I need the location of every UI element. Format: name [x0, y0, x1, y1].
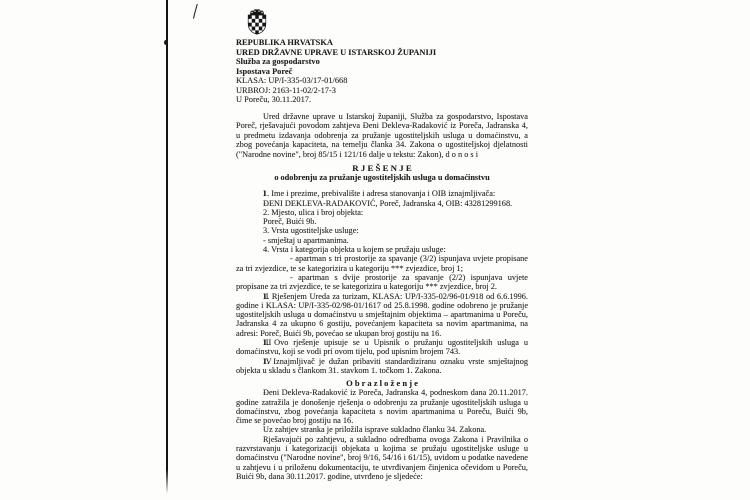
section-numeral: III [236, 338, 271, 347]
decision-sections: I1. Ime i prezime, prebivalište i adresa… [236, 189, 528, 375]
letterhead-line: Služba za gospodarstvo [236, 57, 528, 67]
letterhead-line: URED DRŽAVNE UPRAVE U ISTARSKOJ ŽUPANIJI [236, 48, 528, 58]
decision-paragraph: I1. Ime i prezime, prebivalište i adresa… [236, 189, 528, 198]
paragraph-text: 3. Vrsta ugostiteljske usluge: [263, 226, 359, 235]
scan-edge-line [166, 0, 168, 494]
decision-paragraph: - smještaj u apartmanima. [236, 236, 528, 245]
decision-paragraph: Poreč, Buići 9b. [236, 217, 528, 226]
paragraph-text: 4. Vrsta i kategorija objekta u kojem se… [263, 245, 446, 254]
explanation-paragraph: Đeni Dekleva-Radaković iz Poreča, Jadran… [236, 388, 528, 425]
letterhead-line: REPUBLIKA HRVATSKA [236, 38, 528, 48]
croatia-coat-of-arms-icon [247, 8, 267, 35]
explanation-paragraph: Uz zahtjev stranka je priložila isprave … [236, 425, 528, 434]
decision-paragraph: IV1. Iznajmljivač je dužan pribaviti sta… [236, 357, 528, 376]
explanation-paragraph: Rješavajući po zahtjevu, a sukladno odre… [236, 435, 528, 481]
paragraph-text: - smještaj u apartmanima. [263, 236, 349, 245]
letterhead-line: U Poreču, 30.11.2017. [236, 95, 528, 105]
decision-paragraph: - apartman s tri prostorije za spavanje … [236, 254, 528, 273]
section-numeral: I [236, 189, 266, 198]
paragraph-text: 1. Ovo rješenje upisuje se u Upisnik o p… [236, 338, 528, 356]
decision-paragraph: ĐENI DEKLEVA-RADAKOVIĆ, Poreč, Jadranska… [236, 199, 528, 208]
decision-paragraph: 4. Vrsta i kategorija objekta u kojem se… [236, 245, 528, 254]
scan-artifact-dot [164, 40, 168, 45]
letterhead-line: Ispostava Poreč [236, 67, 528, 77]
paragraph-text: - apartman s tri prostorije za spavanje … [236, 254, 528, 272]
paragraph-text: 2. Mjesto, ulica i broj objekta: [263, 208, 363, 217]
letterhead-line: KLASA: UP/I-335-03/17-01/668 [236, 76, 528, 86]
letterhead-line: URBROJ: 2163-11-02/2-17-3 [236, 86, 528, 96]
letterhead: REPUBLIKA HRVATSKA URED DRŽAVNE UPRAVE U… [236, 38, 528, 105]
handwritten-pen-mark [189, 3, 200, 20]
section-numeral: IV [236, 357, 272, 366]
paragraph-text: ĐENI DEKLEVA-RADAKOVIĆ, Poreč, Jadranska… [263, 199, 512, 208]
document-content: REPUBLIKA HRVATSKA URED DRŽAVNE UPRAVE U… [236, 8, 528, 481]
explanation-body: Đeni Dekleva-Radaković iz Poreča, Jadran… [236, 388, 528, 481]
paragraph-text: 1. Ime i prezime, prebivalište i adresa … [263, 189, 495, 198]
decision-paragraph: 3. Vrsta ugostiteljske usluge: [236, 226, 528, 235]
paragraph-text: 1. Rješenjem Ureda za turizam, KLASA: UP… [236, 292, 528, 338]
section-numeral: II [236, 292, 269, 301]
decision-title: R J E Š E N J E [236, 163, 528, 173]
decision-paragraph: 2. Mjesto, ulica i broj objekta: [236, 208, 528, 217]
preamble-paragraph: Ured državne uprave u Istarskoj županiji… [236, 112, 528, 160]
paragraph-text: - apartman s dvije prostorije za spavanj… [236, 273, 528, 291]
decision-paragraph: II1. Rješenjem Ureda za turizam, KLASA: … [236, 292, 528, 338]
explanation-heading: O b r a z l o ž e n j e [236, 378, 528, 388]
decision-paragraph: III1. Ovo rješenje upisuje se u Upisnik … [236, 338, 528, 357]
decision-paragraph: - apartman s dvije prostorije za spavanj… [236, 273, 528, 292]
decision-subtitle: o odobrenju za pružanje ugostiteljskih u… [236, 173, 528, 183]
paragraph-text: 1. Iznajmljivač je dužan pribaviti stand… [236, 357, 528, 375]
paragraph-text: Poreč, Buići 9b. [263, 217, 316, 226]
scanned-document-page: REPUBLIKA HRVATSKA URED DRŽAVNE UPRAVE U… [0, 0, 750, 500]
